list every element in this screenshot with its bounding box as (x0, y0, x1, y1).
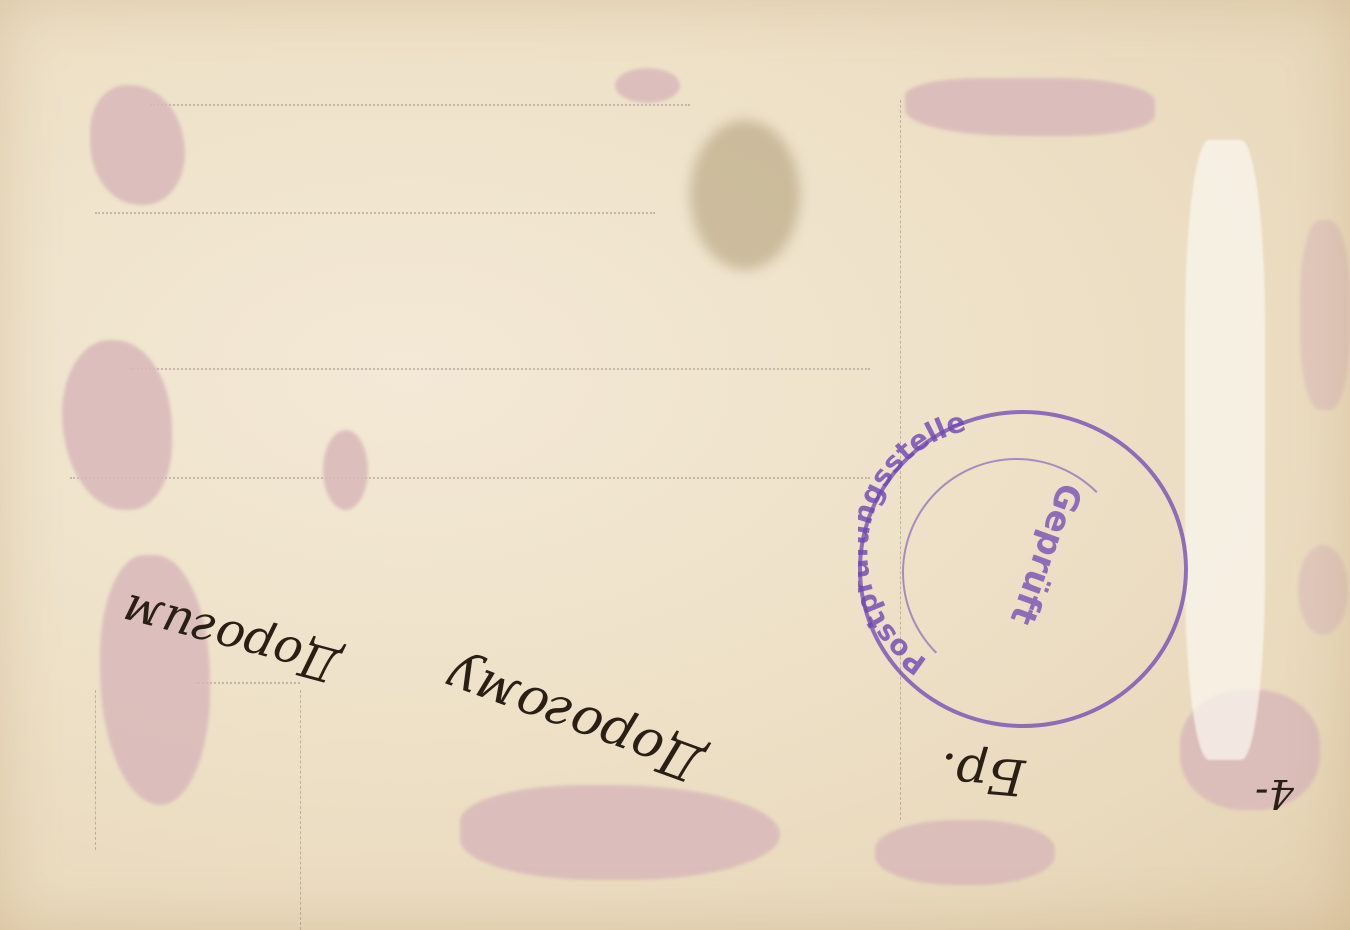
adhesive-residue (615, 68, 680, 103)
adhesive-residue (90, 85, 185, 205)
adhesive-residue (323, 430, 368, 510)
adhesive-residue (1300, 220, 1350, 410)
handwriting-line: Дорогому (438, 646, 711, 794)
address-line (130, 368, 870, 370)
adhesive-residue (875, 820, 1055, 885)
address-line (70, 477, 870, 479)
address-line (195, 682, 300, 684)
adhesive-residue (62, 340, 172, 510)
torn-paper-strip (1185, 140, 1265, 760)
divider-line (95, 690, 96, 850)
censor-stamp: Postprüfungsstelle Geprüft (858, 410, 1188, 728)
postcard-back: Postprüfungsstelle Geprüft Дорогому Доро… (0, 0, 1350, 930)
adhesive-residue (1298, 545, 1348, 635)
adhesive-residue (905, 78, 1155, 136)
svg-text:Postprüfungsstelle: Postprüfungsstelle (858, 410, 969, 681)
address-line (150, 104, 690, 106)
address-line (95, 212, 655, 214)
adhesive-residue (460, 785, 780, 880)
stamp-outer-text: Postprüfungsstelle (858, 410, 969, 681)
handwriting-mark: 4- (1255, 770, 1294, 816)
divider-line (300, 690, 301, 930)
handwriting-line: Бр. (938, 741, 1027, 806)
water-stain (690, 120, 800, 270)
